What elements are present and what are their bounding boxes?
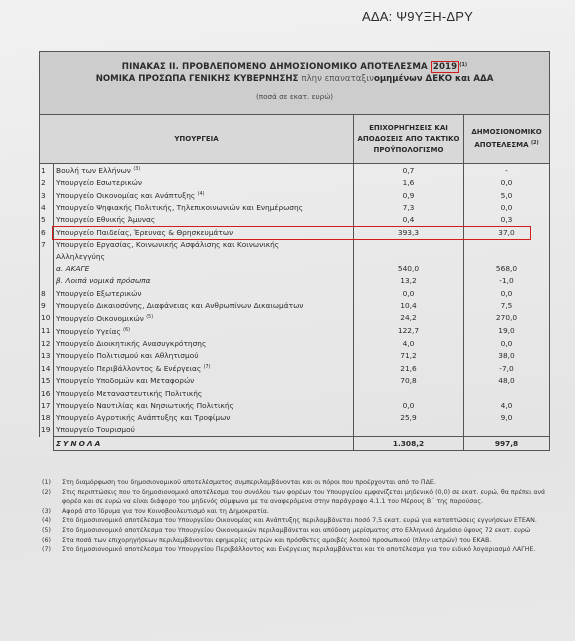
table-row: 15Υπουργείο Υποδομών και Μεταφορών70,848… [40,375,550,387]
fiscal-result-value: -7,0 [464,362,550,375]
fiscal-result-value: 4,0 [464,400,550,412]
table-row: β. Λοιπά νομικά πρόσωπα13,2-1,0 [40,275,550,287]
ministry-name: Υπουργείο Μεταναστευτικής Πολιτικής [54,387,354,399]
ministry-name: Υπουργείο Διοικητικής Ανασυγκρότησης [54,338,354,350]
ministry-name: Υπουργείο Αγροτικής Ανάπτυξης και Τροφίμ… [54,412,354,424]
grants-value: 4,0 [354,338,464,350]
fiscal-result-table-sheet: ΠΙΝΑΚΑΣ ΙΙ. ΠΡΟΒΛΕΠΟΜΕΝΟ ΔΗΜΟΣΙΟΝΟΜΙΚΟ Α… [39,51,549,451]
table-row: 16Υπουργείο Μεταναστευτικής Πολιτικής [40,387,550,399]
total-fiscal-result: 997,8 [464,437,550,451]
grants-value: 10,4 [354,300,464,312]
ministry-name: Υπουργείο Δικαιοσύνης, Διαφάνειας και Αν… [54,300,354,312]
row-number: 6 [40,227,54,239]
row-number: 11 [40,325,54,338]
ministry-name: Υπουργείο Τουρισμού [54,424,354,437]
total-label: ΣΥΝΟΛΑ [54,437,354,451]
row-number: 8 [40,288,54,300]
row-number: 3 [40,189,54,202]
row-number: 16 [40,387,54,399]
grants-value: 7,3 [354,202,464,214]
grants-value: 24,2 [354,312,464,325]
row-number: 18 [40,412,54,424]
ada-code: ΑΔΑ: Ψ9ΥΞΗ-ΔΡΥ [362,9,473,24]
table-row: 14Υπουργείο Περιβάλλοντος & Ενέργειας (7… [40,362,550,375]
grants-value [354,424,464,437]
ministry-name: Υπουργείο Εσωτερικών [54,177,354,189]
row-number [40,251,54,263]
fiscal-result-value: 5,0 [464,189,550,202]
footnote: (5)Στο δημοσιονομικό αποτέλεσμα του Υπου… [42,526,562,536]
ministry-name: Υπουργείο Οικονομίας και Ανάπτυξης (4) [54,189,354,202]
table-body: 1Βουλή των Ελλήνων (3)0,7-2Υπουργείο Εσω… [40,164,550,437]
ministry-name: Υπουργείο Υγείας (6) [54,325,354,338]
ministry-name: Υπουργείο Ναυτιλίας και Νησιωτικής Πολιτ… [54,400,354,412]
fiscal-result-value: 19,0 [464,325,550,338]
footnote: (1)Στη διαμόρφωση του δημοσιονομικού απο… [42,478,562,488]
footnote: (2)Στις περιπτώσεις που το δημοσιονομικό… [42,488,562,507]
table-subtitle: ΝΟΜΙΚΑ ΠΡΟΣΩΠΑ ΓΕΝΙΚΗΣ ΚΥΒΕΡΝΗΣΗΣ πλην ε… [40,74,549,84]
ministry-name: Υπουργείο Ψηφιακής Πολιτικής, Τηλεπικοιν… [54,202,354,214]
table-row: 18Υπουργείο Αγροτικής Ανάπτυξης και Τροφ… [40,412,550,424]
row-number [40,263,54,275]
footnote-ref: (3) [133,167,140,172]
total-row: ΣΥΝΟΛΑ 1.308,2 997,8 [40,437,550,451]
fiscal-result-value: 0,0 [464,338,550,350]
fiscal-result-value: 48,0 [464,375,550,387]
grants-value: 71,2 [354,350,464,362]
table-row: 2Υπουργείο Εσωτερικών1,60,0 [40,177,550,189]
table-units: (ποσά σε εκατ. ευρώ) [40,92,549,101]
ministry-name: Υπουργείο Υποδομών και Μεταφορών [54,375,354,387]
grants-value: 0,7 [354,164,464,178]
table-row: 3Υπουργείο Οικονομίας και Ανάπτυξης (4)0… [40,189,550,202]
grants-value: 122,7 [354,325,464,338]
row-number: 9 [40,300,54,312]
footnote-ref: (6) [123,328,130,333]
table-title: ΠΙΝΑΚΑΣ ΙΙ. ΠΡΟΒΛΕΠΟΜΕΝΟ ΔΗΜΟΣΙΟΝΟΜΙΚΟ Α… [40,62,549,72]
fiscal-result-value: 0,0 [464,177,550,189]
fiscal-result-value: 7,5 [464,300,550,312]
row-number: 2 [40,177,54,189]
table-row: 7Υπουργείο Εργασίας, Κοινωνικής Ασφάλιση… [40,239,550,251]
table-row: 8Υπουργείο Εξωτερικών0,00,0 [40,288,550,300]
grants-value: 0,0 [354,400,464,412]
column-header-grants: ΕΠΙΧΟΡΗΓΗΣΕΙΣ ΚΑΙ ΑΠΟΔΟΣΕΙΣ ΑΠΟ ΤΑΚΤΙΚΟ … [354,115,464,164]
grants-value: 21,6 [354,362,464,375]
row-number: 19 [40,424,54,437]
footnote: (4)Στο δημοσιονομικό αποτέλεσμα του Υπου… [42,516,562,526]
table-row: 17Υπουργείο Ναυτιλίας και Νησιωτικής Πολ… [40,400,550,412]
fiscal-result-value: 270,0 [464,312,550,325]
fiscal-result-value: 37,0 [464,227,550,239]
table-row: 5Υπουργείο Εθνικής Άμυνας0,40,3 [40,214,550,226]
fiscal-result-value: 0,3 [464,214,550,226]
row-number [40,275,54,287]
ministry-name: Υπουργείο Εργασίας, Κοινωνικής Ασφάλισης… [54,239,354,251]
fiscal-result-value: 568,0 [464,263,550,275]
fiscal-result-value: -1,0 [464,275,550,287]
footnote: (3)Αφορά στο Ίδρυμα για τον Κοινοβουλευτ… [42,507,562,517]
table-row: 12Υπουργείο Διοικητικής Ανασυγκρότησης4,… [40,338,550,350]
fiscal-result-value: 38,0 [464,350,550,362]
row-number: 10 [40,312,54,325]
ministry-name: Υπουργείο Οικονομικών (5) [54,312,354,325]
fiscal-result-value: - [464,164,550,178]
grants-value: 13,2 [354,275,464,287]
grants-value: 540,0 [354,263,464,275]
fiscal-result-value: 9,0 [464,412,550,424]
ministry-name: Υπουργείο Πολιτισμού και Αθλητισμού [54,350,354,362]
column-header-ministries: ΥΠΟΥΡΓΕΙΑ [40,115,354,164]
ministry-name: Υπουργείο Εθνικής Άμυνας [54,214,354,226]
total-grants: 1.308,2 [354,437,464,451]
footnote-ref: (4) [198,192,205,197]
row-number: 13 [40,350,54,362]
footnotes: (1)Στη διαμόρφωση του δημοσιονομικού απο… [42,478,562,555]
grants-value: 393,3 [354,227,464,239]
table-row: 1Βουλή των Ελλήνων (3)0,7- [40,164,550,178]
row-number: 14 [40,362,54,375]
fiscal-result-value [464,239,550,251]
grants-value: 0,4 [354,214,464,226]
row-number: 1 [40,164,54,178]
footnote-ref: (7) [204,365,211,370]
ministry-name: Υπουργείο Περιβάλλοντος & Ενέργειας (7) [54,362,354,375]
row-number: 4 [40,202,54,214]
table-row: 9Υπουργείο Δικαιοσύνης, Διαφάνειας και Α… [40,300,550,312]
row-number: 17 [40,400,54,412]
table-row: α. ΑΚΑΓΕ540,0568,0 [40,263,550,275]
footnote: (6)Στα ποσά των επιχορηγήσεων περιλαμβάν… [42,536,562,546]
grants-value: 70,8 [354,375,464,387]
row-number: 12 [40,338,54,350]
fiscal-result-value [464,251,550,263]
ministry-name: Υπουργείο Παιδείας, Έρευνας & Θρησκευμάτ… [54,227,354,239]
column-header-fiscal-result: ΔΗΜΟΣΙΟΝΟΜΙΚΟ ΑΠΟΤΕΛΕΣΜΑ (2) [464,115,550,164]
fiscal-result-value [464,424,550,437]
grants-value: 1,6 [354,177,464,189]
table-row: 4Υπουργείο Ψηφιακής Πολιτικής, Τηλεπικοι… [40,202,550,214]
ministry-name: α. ΑΚΑΓΕ [54,263,354,275]
grants-value [354,239,464,251]
grants-value: 0,0 [354,288,464,300]
grants-value [354,251,464,263]
table-row: 13Υπουργείο Πολιτισμού και Αθλητισμού71,… [40,350,550,362]
fiscal-result-table: ΠΙΝΑΚΑΣ ΙΙ. ΠΡΟΒΛΕΠΟΜΕΝΟ ΔΗΜΟΣΙΟΝΟΜΙΚΟ Α… [39,51,550,451]
year-highlight: 2019 [431,61,459,73]
fiscal-result-value: 0,0 [464,288,550,300]
row-number: 7 [40,239,54,251]
ministry-name: Βουλή των Ελλήνων (3) [54,164,354,178]
table-row: Αλληλεγγύης [40,251,550,263]
row-number: 15 [40,375,54,387]
footnote: (7)Στο δημοσιονομικό αποτέλεσμα του Υπου… [42,545,562,555]
ministry-name: β. Λοιπά νομικά πρόσωπα [54,275,354,287]
ministry-name: Αλληλεγγύης [54,251,354,263]
grants-value: 0,9 [354,189,464,202]
table-row: 10Υπουργείο Οικονομικών (5)24,2270,0 [40,312,550,325]
grants-value: 25,9 [354,412,464,424]
fiscal-result-value: 0,0 [464,202,550,214]
fiscal-result-value [464,387,550,399]
table-row: 6Υπουργείο Παιδείας, Έρευνας & Θρησκευμά… [40,227,550,239]
grants-value [354,387,464,399]
table-title-block: ΠΙΝΑΚΑΣ ΙΙ. ΠΡΟΒΛΕΠΟΜΕΝΟ ΔΗΜΟΣΙΟΝΟΜΙΚΟ Α… [40,52,550,115]
table-row: 11Υπουργείο Υγείας (6)122,719,0 [40,325,550,338]
ministry-name: Υπουργείο Εξωτερικών [54,288,354,300]
table-row: 19Υπουργείο Τουρισμού [40,424,550,437]
row-number: 5 [40,214,54,226]
title-footnote-ref: (1) [459,63,467,68]
footnote-ref: (5) [146,315,153,320]
